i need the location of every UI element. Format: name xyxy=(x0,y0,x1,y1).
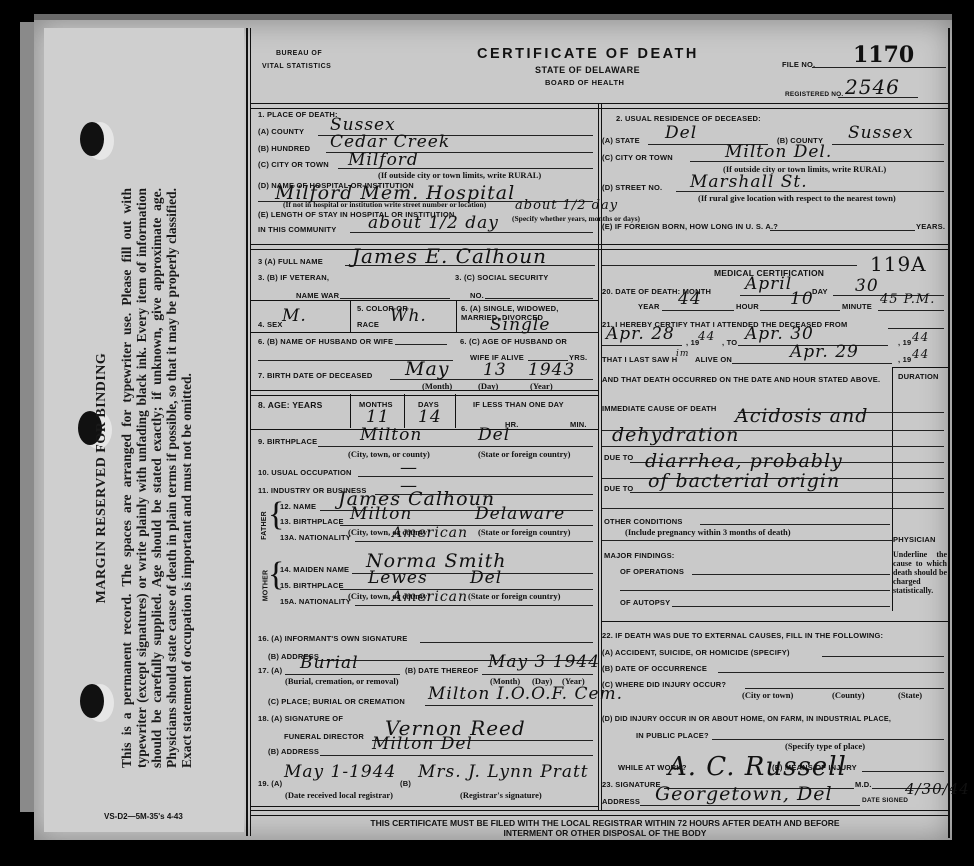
md-label: M.D. xyxy=(855,780,872,789)
mother-birthplace-state: Del xyxy=(470,568,502,588)
physician-signature: A. C. Russell xyxy=(668,752,847,782)
last-saw-line xyxy=(732,363,892,364)
filing-notice-line2: INTERMENT OR OTHER DISPOSAL OF THE BODY xyxy=(260,828,950,838)
sex-value: M. xyxy=(282,306,307,326)
name-war-line xyxy=(340,298,450,299)
operations-label: OF OPERATIONS xyxy=(620,567,684,576)
physician-address: Georgetown, Del xyxy=(655,783,833,805)
row-divider xyxy=(251,300,598,301)
file-no: 1170 xyxy=(853,42,914,68)
margin-divider xyxy=(250,28,251,836)
from-line xyxy=(602,345,682,346)
cell-divider xyxy=(456,300,457,332)
birth-day-value: 13 xyxy=(483,360,507,380)
city-label: (C) CITY OR TOWN xyxy=(258,160,329,169)
public-place-line xyxy=(712,739,944,740)
birthplace-state-value: Del xyxy=(478,425,510,445)
funeral-address-line xyxy=(320,755,593,756)
attended-to-year: 44 xyxy=(912,330,929,344)
last-year-prefix: , 19 xyxy=(898,355,911,364)
other-conditions-note: (Include pregnancy within 3 months of de… xyxy=(625,527,791,537)
filing-notice: THIS CERTIFICATE MUST BE FILED WITH THE … xyxy=(260,818,950,838)
row-divider xyxy=(251,429,598,430)
disposition-line xyxy=(285,674,400,675)
funeral-sig-label: 18. (A) SIGNATURE OF xyxy=(258,714,343,723)
means-line xyxy=(862,771,944,772)
disposition-date-line xyxy=(482,674,593,675)
mother-birthplace-city: Lewes xyxy=(368,568,428,588)
age-days-value: 14 xyxy=(418,407,442,427)
immediate-cause-label: IMMEDIATE CAUSE OF DEATH xyxy=(602,404,717,413)
mother-nationality-value: American xyxy=(392,589,468,605)
major-findings-label: MAJOR FINDINGS: xyxy=(604,551,675,560)
dod-year-label: YEAR xyxy=(638,302,660,311)
last-saw-label: THAT I LAST SAW H xyxy=(602,355,677,364)
res-street-label: (D) STREET NO. xyxy=(602,183,662,192)
veteran-label: 3. (B) IF VETERAN, xyxy=(258,273,329,282)
physician-signature-label: 23. SIGNATURE xyxy=(602,780,661,789)
age-months-value: 11 xyxy=(366,407,390,427)
disposition-date-label: (B) DATE THEREOF xyxy=(405,666,478,675)
due-to2-line xyxy=(630,492,944,493)
res-street-value: Marshall St. xyxy=(690,172,808,192)
due-to-label: DUE TO xyxy=(604,453,633,462)
last-saw-value: Apr. 29 xyxy=(790,342,859,362)
injury-county-note: (County) xyxy=(832,690,865,700)
disposition-date: May 3 1944 xyxy=(488,652,600,672)
attended-from-value: Apr. 28 xyxy=(606,324,675,344)
dod-year-value: 44 xyxy=(678,289,702,309)
sex-label: 4. SEX xyxy=(258,320,283,329)
margin-instructions: This is a permanent record. The spaces a… xyxy=(119,188,194,768)
cell-divider xyxy=(404,394,405,428)
occupation-label: 10. USUAL OCCUPATION xyxy=(258,468,352,477)
place-type-note: (Specify type of place) xyxy=(785,741,865,751)
external-causes-heading: 22. IF DEATH WAS DUE TO EXTERNAL CAUSES,… xyxy=(602,631,883,640)
margin-title: MARGIN RESERVED FOR BINDING xyxy=(94,188,109,768)
dod-month-value: April xyxy=(745,274,792,294)
accident-line xyxy=(822,656,944,657)
operations-line xyxy=(692,574,890,575)
row-divider xyxy=(251,390,598,396)
father-name-label: 12. NAME xyxy=(280,502,316,511)
informant-signature-label: 16. (A) INFORMANT'S OWN SIGNATURE xyxy=(258,634,408,643)
father-side-label: FATHER xyxy=(261,511,268,540)
informant-signature-line xyxy=(420,642,593,643)
dod-minute-label: MINUTE xyxy=(842,302,872,311)
dod-hour-label: HOUR xyxy=(736,302,759,311)
birth-year-value: 1943 xyxy=(528,360,575,380)
age-label: 8. AGE: YEARS xyxy=(258,400,322,410)
res-state-label: (A) STATE xyxy=(602,136,640,145)
date-received-note: (Date received local registrar) xyxy=(285,790,393,800)
public-place-label: IN PUBLIC PLACE? xyxy=(636,731,709,740)
full-name-line-right xyxy=(602,265,857,266)
dod-day-value: 30 xyxy=(855,276,879,296)
dod-day-label: DAY xyxy=(812,287,828,296)
spouse-age-label: 6. (C) AGE OF HUSBAND OR xyxy=(460,337,567,346)
bottom-left-line xyxy=(251,806,598,807)
registrar-sig-note: (Registrar's signature) xyxy=(460,790,542,800)
injury-city-note: (City or town) xyxy=(742,690,793,700)
father-nationality-label: 13A. NATIONALITY xyxy=(280,533,351,542)
registrar-label-a: 19. (A) xyxy=(258,779,282,788)
binding-margin: MARGIN RESERVED FOR BINDING This is a pe… xyxy=(44,28,244,832)
foreign-suffix: YEARS. xyxy=(916,222,945,231)
res-city-value: Milton Del. xyxy=(725,142,832,162)
row-divider xyxy=(251,332,598,333)
injury-location-line xyxy=(745,688,944,689)
punch-hole-icon xyxy=(80,122,104,156)
spouse-line xyxy=(395,344,447,345)
foreign-label: (E) IF FOREIGN BORN, HOW LONG IN U. S. A… xyxy=(602,222,778,231)
race-value: Wh. xyxy=(390,306,427,326)
last-saw-year: 44 xyxy=(912,347,929,361)
funeral-director-label: FUNERAL DIRECTOR xyxy=(284,732,364,741)
mother-nationality-label: 15A. NATIONALITY xyxy=(280,597,351,606)
mother-birthplace-label: 15. BIRTHPLACE xyxy=(280,581,344,590)
file-no-label: FILE NO. xyxy=(782,60,815,69)
res-state-value: Del xyxy=(665,123,697,143)
funeral-address-value: Milton Del xyxy=(372,734,473,754)
autopsy-line xyxy=(672,606,890,607)
registered-no-label: REGISTERED NO. xyxy=(785,91,843,98)
filing-notice-line1: THIS CERTIFICATE MUST BE FILED WITH THE … xyxy=(260,818,950,828)
dod-hour-value: 10 xyxy=(790,289,814,309)
header-divider xyxy=(251,103,948,109)
funeral-address-label: (B) ADDRESS xyxy=(268,747,319,756)
dod-hour-line xyxy=(760,310,840,311)
res-county-line xyxy=(832,144,944,145)
alive-on-label: ALIVE ON xyxy=(695,355,732,364)
accident-label: (A) ACCIDENT, SUICIDE, OR HOMICIDE (SPEC… xyxy=(602,648,790,657)
autopsy-label: OF AUTOPSY xyxy=(620,598,670,607)
physician-label: PHYSICIAN xyxy=(893,535,936,544)
occurred-label: AND THAT DEATH OCCURRED ON THE DATE AND … xyxy=(602,375,887,384)
dod-minute-value: 45 P.M. xyxy=(880,292,935,307)
operations-line-2 xyxy=(620,590,890,591)
disposition-note: (Burial, cremation, or removal) xyxy=(285,676,399,686)
due-to2-label: DUE TO xyxy=(604,484,633,493)
residence-heading: 2. USUAL RESIDENCE OF DECEASED: xyxy=(616,114,761,123)
father-birthplace-label: 13. BIRTHPLACE xyxy=(280,517,344,526)
disposition-method: Burial xyxy=(300,653,359,673)
footer-divider xyxy=(251,810,948,816)
full-name-label: 3 (A) FULL NAME xyxy=(258,257,323,266)
certify-line xyxy=(888,328,944,329)
dod-year-line xyxy=(662,310,734,311)
annotation-119a: 119A xyxy=(870,252,927,276)
injury-location-label: (C) WHERE DID INJURY OCCUR? xyxy=(602,680,726,689)
cell-divider xyxy=(455,394,456,428)
ssn-label: 3. (C) SOCIAL SECURITY xyxy=(455,273,548,282)
foreign-line xyxy=(770,230,915,231)
father-birthplace-state: Delaware xyxy=(475,504,565,524)
name-war-label: NAME WAR xyxy=(296,291,339,300)
state-note: (State or foreign country) xyxy=(468,591,560,601)
registered-no: 2546 xyxy=(845,75,900,99)
ssn-line xyxy=(485,298,593,299)
birthplace-city-value: Milton xyxy=(360,425,422,445)
birthplace-label: 9. BIRTHPLACE xyxy=(258,437,317,446)
cell-divider xyxy=(350,300,351,332)
occupation-line xyxy=(358,476,593,477)
mother-nationality-line xyxy=(355,605,593,606)
other-conditions-label: OTHER CONDITIONS xyxy=(604,517,683,526)
city-note: (If outside city or town limits, write R… xyxy=(378,170,541,180)
father-nationality-value: American xyxy=(392,525,468,541)
hospital-note: (If not in hospital or institution write… xyxy=(283,200,486,209)
injury-place-label: (D) DID INJURY OCCUR IN OR ABOUT HOME, O… xyxy=(602,714,891,723)
immediate-cause-1: Acidosis and xyxy=(735,405,868,427)
state-name: STATE OF DELAWARE xyxy=(535,65,640,75)
death-city-value: Milford xyxy=(348,150,419,170)
father-birthplace-city: Milton xyxy=(350,504,412,524)
to-label: , TO xyxy=(722,338,737,347)
state-note: (State or foreign country) xyxy=(478,449,570,459)
occupation-value: — xyxy=(400,458,418,478)
board-name: BOARD OF HEALTH xyxy=(545,78,624,87)
birthplace-line xyxy=(318,446,593,447)
injury-state-note: (State) xyxy=(898,690,922,700)
form-code: VS-D2—5M-35's 4-43 xyxy=(104,812,183,821)
burial-place-value: Milton I.O.O.F. Cem. xyxy=(428,684,623,704)
disposition-label: 17. (A) xyxy=(258,666,282,675)
physician-note: Underline the cause to which death shoul… xyxy=(893,550,947,595)
community-value: about 1/2 day xyxy=(368,213,499,233)
burial-place-line xyxy=(425,705,593,706)
bureau-line1: BUREAU OF xyxy=(276,50,322,57)
right-border xyxy=(948,28,950,838)
birth-date-label: 7. BIRTH DATE OF DECEASED xyxy=(258,371,372,380)
bureau-line2: VITAL STATISTICS xyxy=(262,63,331,70)
date-signed-label: DATE SIGNED xyxy=(862,797,908,804)
res-street-note: (If rural give location with respect to … xyxy=(698,193,896,203)
physician-address-line xyxy=(640,805,860,806)
min-label: MIN. xyxy=(570,420,587,429)
birth-month-value: May xyxy=(405,358,450,380)
immediate-cause-2: dehydration xyxy=(612,424,739,446)
due-to2-line-2 xyxy=(602,508,944,509)
to-year-prefix: , 19 xyxy=(898,338,911,347)
spouse-label: 6. (B) NAME OF HUSBAND OR WIFE xyxy=(258,337,393,346)
res-city-label: (C) CITY OR TOWN xyxy=(602,153,673,162)
physician-address-label: ADDRESS xyxy=(602,797,640,806)
registrar-signature: Mrs. J. Lynn Pratt xyxy=(418,762,589,782)
last-saw-him: im xyxy=(676,349,689,359)
cell-divider xyxy=(350,394,351,428)
burial-place-label: (C) PLACE; BURIAL OR CREMATION xyxy=(268,697,405,706)
medical-bottom-divider xyxy=(602,621,948,622)
date-received-value: May 1-1944 xyxy=(284,762,396,782)
attended-from-year: 44 xyxy=(698,329,715,343)
state-note: (State or foreign country) xyxy=(478,527,570,537)
registrar-label-b: (B) xyxy=(400,779,411,788)
less-than-day-label: IF LESS THAN ONE DAY xyxy=(473,400,564,409)
death-hundred-value: Cedar Creek xyxy=(330,132,450,152)
county-label: (A) COUNTY xyxy=(258,127,304,136)
date-signed: 4/30/44 xyxy=(905,780,970,798)
stay-value: about 1/2 day xyxy=(515,198,618,213)
due-to-value: diarrhea, probably xyxy=(645,450,843,472)
race-label: RACE xyxy=(357,320,379,329)
margin-instructions-block: MARGIN RESERVED FOR BINDING This is a pe… xyxy=(94,188,194,768)
full-name-value: James E. Calhoun xyxy=(352,244,547,268)
duration-label: DURATION xyxy=(898,372,939,381)
place-of-death-heading: 1. PLACE OF DEATH: xyxy=(258,110,338,119)
immediate-line-3 xyxy=(602,446,944,447)
res-county-value: Sussex xyxy=(848,123,914,143)
occurrence-date-line xyxy=(718,672,944,673)
mother-maiden-label: 14. MAIDEN NAME xyxy=(280,565,349,574)
other-conditions-line xyxy=(700,524,890,525)
community-label: IN THIS COMMUNITY xyxy=(258,225,336,234)
father-nationality-line xyxy=(355,541,593,542)
other-conditions-line-2 xyxy=(602,540,892,541)
margin-divider xyxy=(246,28,248,836)
document-title: CERTIFICATE OF DEATH xyxy=(477,46,699,62)
duration-top-line xyxy=(892,367,948,368)
hundred-label: (B) HUNDRED xyxy=(258,144,310,153)
attended-to-value: Apr. 30 xyxy=(745,324,814,344)
ssn-no-label: NO. xyxy=(470,291,484,300)
due-to2-value: of bacterial origin xyxy=(648,470,840,492)
occurrence-date-label: (B) DATE OF OCCURRENCE xyxy=(602,664,707,673)
dod-minute-line xyxy=(878,310,944,311)
